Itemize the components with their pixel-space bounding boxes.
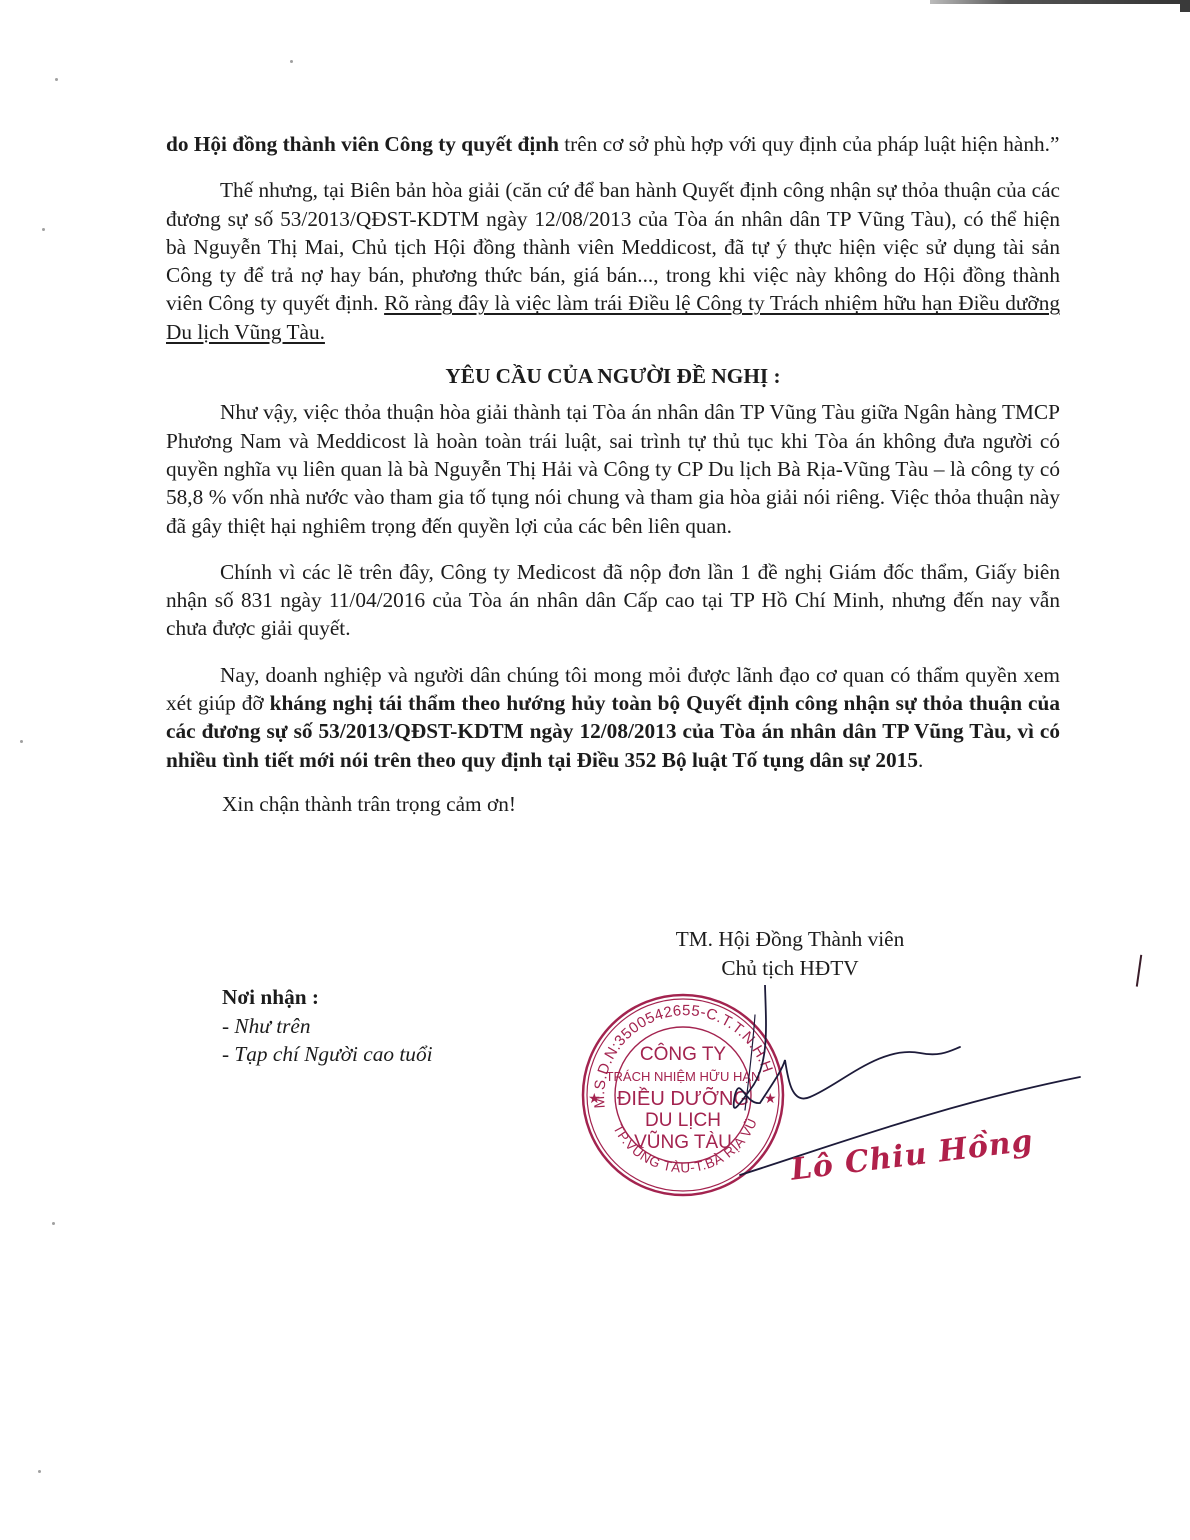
scan-corner-artifact <box>1180 0 1190 12</box>
scan-edge-artifact <box>930 0 1190 4</box>
paragraph-petition: Nay, doanh nghiệp và người dân chúng tôi… <box>166 661 1060 774</box>
scan-speck <box>42 228 45 231</box>
closing-line: Xin chận thành trân trọng cảm ơn! <box>166 790 1060 818</box>
signature-block: TM. Hội Đồng Thành viên Chủ tịch HĐTV <box>620 925 960 982</box>
paragraph-previous-filing: Chính vì các lẽ trên đây, Công ty Medico… <box>166 558 1060 643</box>
scan-speck <box>55 78 58 81</box>
bold-phrase: do Hội đồng thành viên Công ty quyết địn… <box>166 132 559 156</box>
scan-speck <box>290 60 293 63</box>
pen-mark <box>1136 955 1146 988</box>
signer-title: Chủ tịch HĐTV <box>620 954 960 983</box>
paragraph-request: Như vậy, việc thỏa thuận hòa giải thành … <box>166 398 1060 539</box>
recipients-block: Nơi nhận : - Như trên - Tạp chí Người ca… <box>222 983 433 1069</box>
paragraph-mediation-record: Thế nhưng, tại Biên bản hòa giải (căn cứ… <box>166 176 1060 346</box>
paragraph-text: trên cơ sở phù hợp với quy định của pháp… <box>559 132 1059 156</box>
recipient-item: - Như trên <box>222 1012 433 1041</box>
period: . <box>918 748 923 772</box>
bold-petition: kháng nghị tái thẩm theo hướng hủy toàn … <box>166 691 1060 772</box>
scan-speck <box>38 1470 41 1473</box>
section-heading: YÊU CẦU CỦA NGƯỜI ĐỀ NGHỊ : <box>166 362 1060 390</box>
document-body: do Hội đồng thành viên Công ty quyết địn… <box>166 130 1060 818</box>
recipient-item: - Tạp chí Người cao tuổi <box>222 1040 433 1069</box>
recipients-title: Nơi nhận : <box>222 983 433 1012</box>
signer-organization: TM. Hội Đồng Thành viên <box>620 925 960 954</box>
paragraph-continuation: do Hội đồng thành viên Công ty quyết địn… <box>166 130 1060 158</box>
scan-speck <box>52 1222 55 1225</box>
scan-speck <box>20 740 23 743</box>
